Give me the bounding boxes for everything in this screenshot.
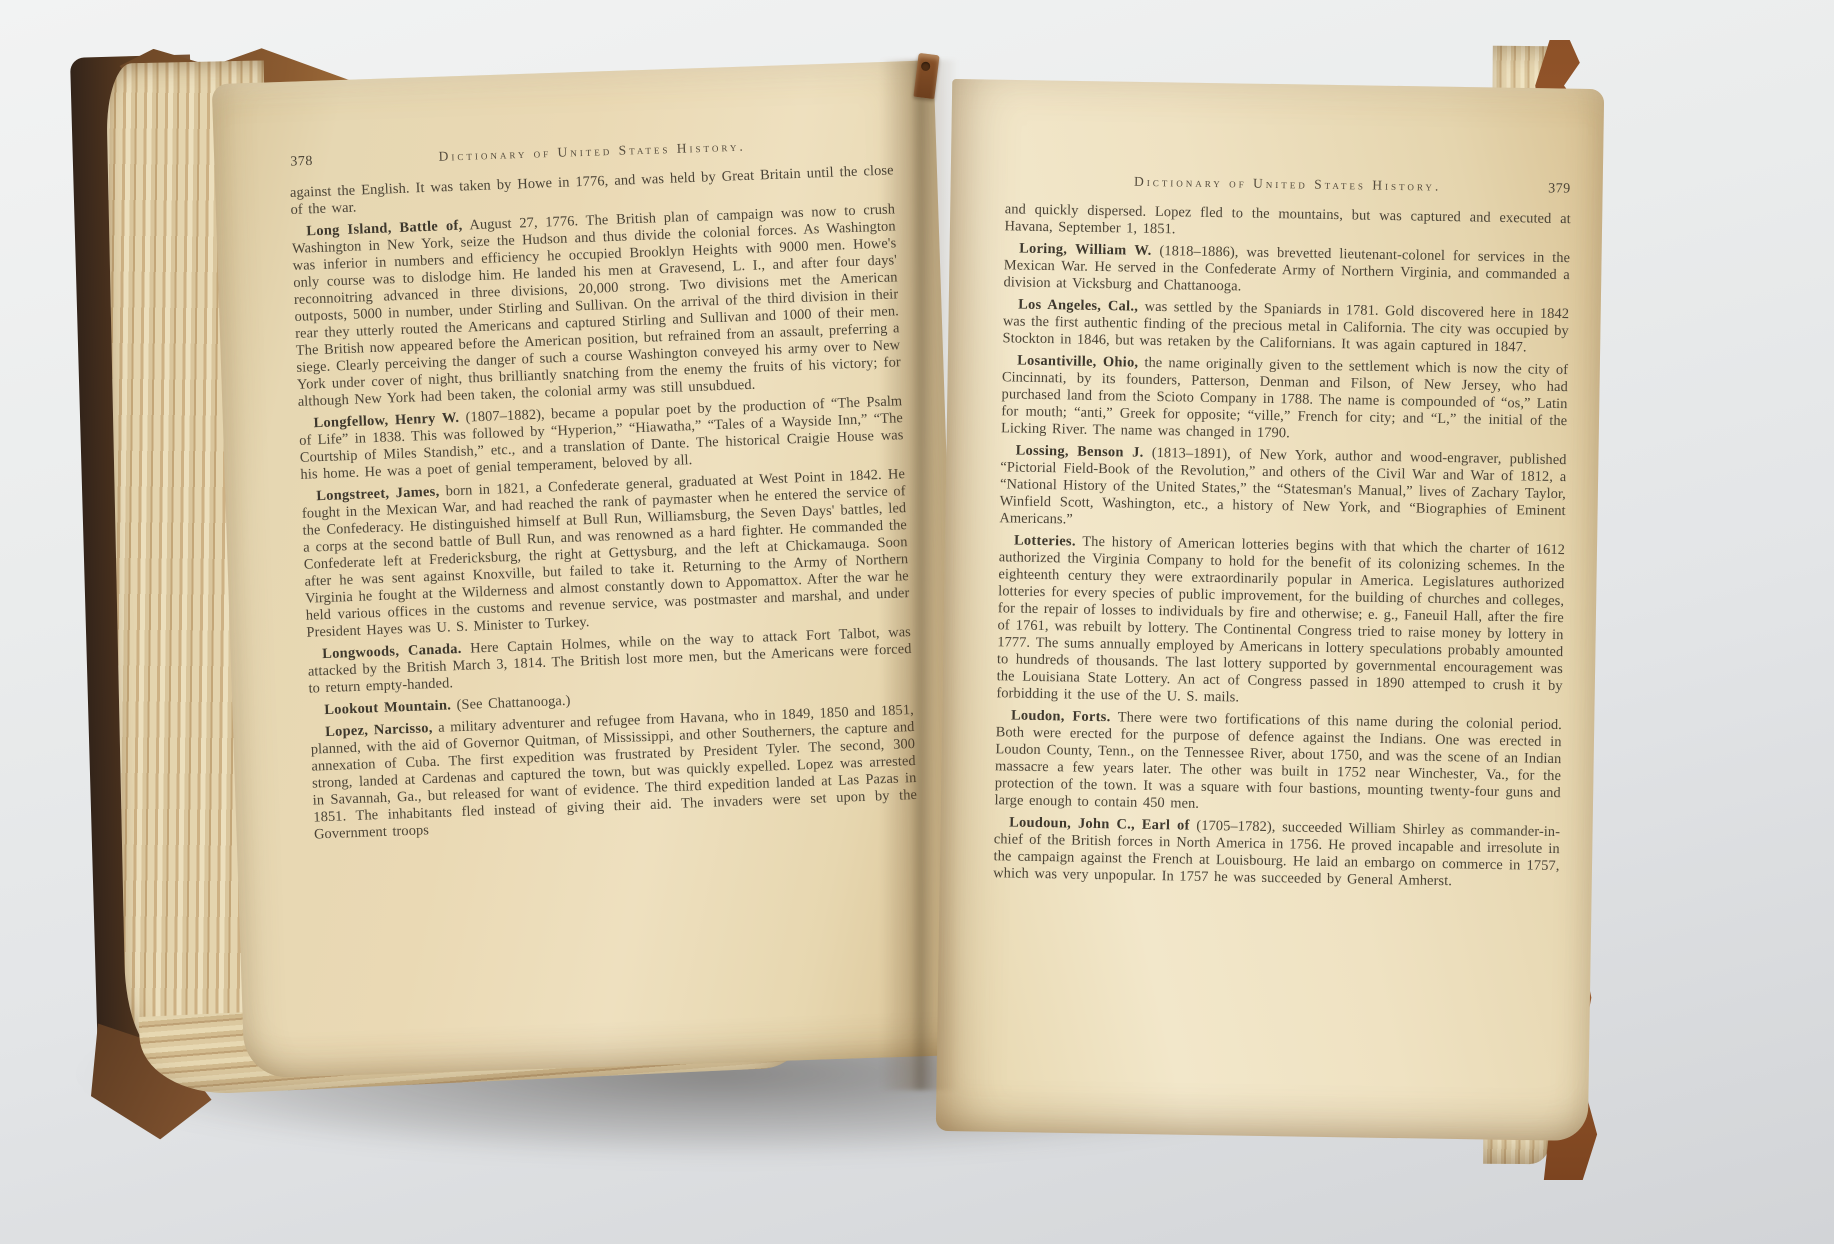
entry-paragraph: Los Angeles, Cal., was settled by the Sp… xyxy=(1002,296,1569,357)
right-page: Dictionary of United States History. 379… xyxy=(936,79,1604,1141)
entry-title: Loudon, Forts. xyxy=(1011,707,1111,725)
entry-paragraph: Loring, William W. (1818–1886), was brev… xyxy=(1003,240,1570,301)
entry-title: Losantiville, Ohio, xyxy=(1017,353,1138,371)
left-page: 378 Dictionary of United States History.… xyxy=(212,60,967,1078)
entry-paragraph: Loudon, Forts. There were two fortificat… xyxy=(994,707,1562,819)
left-running-title: Dictionary of United States History. xyxy=(348,136,836,168)
entry-paragraph: Loudoun, John C., Earl of (1705–1782), s… xyxy=(993,814,1560,892)
entry-title: Lossing, Benson J. xyxy=(1015,443,1143,461)
entry-paragraph: Lotteries. The history of American lotte… xyxy=(996,532,1565,712)
entry-title: Loring, William W. xyxy=(1019,241,1152,259)
entry-paragraph: and quickly dispersed. Lopez fled to the… xyxy=(1004,201,1571,245)
left-page-text: against the English. It was taken by How… xyxy=(290,162,918,843)
entry-paragraph: Longstreet, James, born in 1821, a Confe… xyxy=(301,466,910,642)
photo-of-open-book: { "colors":{ "paper":"#ead9b4", "paper-d… xyxy=(0,0,1834,1244)
entry-title: Lookout Mountain. xyxy=(324,697,451,718)
book-gutter-shadow xyxy=(880,60,958,1090)
entry-title: Lotteries. xyxy=(1014,533,1076,550)
right-page-content: Dictionary of United States History. 379… xyxy=(994,172,1571,897)
left-page-number: 378 xyxy=(290,153,348,171)
open-book: 378 Dictionary of United States History.… xyxy=(80,40,1625,1200)
left-page-content: 378 Dictionary of United States History.… xyxy=(290,134,917,848)
entry-paragraph: Long Island, Battle of, August 27, 1776.… xyxy=(291,201,902,411)
entry-title: Loudoun, John C., Earl of xyxy=(1009,814,1190,833)
right-page-header: Dictionary of United States History. 379 xyxy=(1005,172,1571,198)
entry-paragraph: Losantiville, Ohio, the name originally … xyxy=(1001,352,1568,447)
entry-body: and quickly dispersed. Lopez fled to the… xyxy=(1004,201,1570,237)
right-page-text: and quickly dispersed. Lopez fled to the… xyxy=(993,201,1571,892)
entry-body: (See Chattanooga.) xyxy=(451,693,571,713)
right-header-spacer xyxy=(1005,184,1063,185)
entry-paragraph: Lossing, Benson J. (1813–1891), of New Y… xyxy=(999,442,1566,537)
entry-paragraph: Lopez, Narcisso, a military adventurer a… xyxy=(310,702,918,844)
right-running-title: Dictionary of United States History. xyxy=(1063,173,1513,196)
entry-title: Los Angeles, Cal., xyxy=(1018,297,1138,315)
entry-body: The history of American lotteries begins… xyxy=(996,534,1565,706)
right-page-number: 379 xyxy=(1513,181,1571,198)
